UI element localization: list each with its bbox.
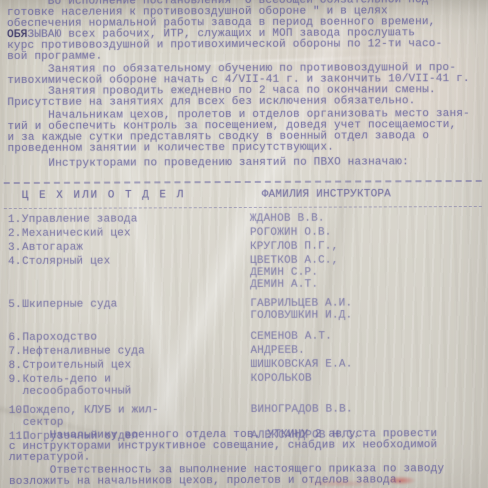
instructor-name: АНДРЕЕВ. [250,345,304,357]
table-row: 6.ПароходствоСЕМЕНОВ А.Т. [0,330,488,344]
row-number: 4. [0,256,22,268]
row-number: 1. [0,214,22,226]
department-name: Механический цех [22,227,250,240]
row-number: 7. [0,346,22,358]
instructor-name: КОРОЛЬКОВ [251,373,312,385]
department-name: Пароходство [22,331,250,344]
instructor-name: СЕМЕНОВ А.Т. [250,331,332,343]
row-number: 10. [1,405,23,417]
document-text-layer: Во исполнение постановления "О всеобщей … [0,0,488,488]
table-row: 1.Управление заводаЖДАНОВ В.В. [0,212,488,226]
red-ink-mark [386,476,416,485]
instructor-name: КРУГЛОВ П.Г., [250,241,338,253]
instructor-name: ГАВРИЛЬЦЕВ А.И. ГОЛОВУШКИН И.Д. [250,298,352,322]
department-name: Автогараж [22,241,250,254]
department-name: Пождепо, КЛУБ и жил- сектор [23,404,251,429]
military-dept-paragraph: Начальнику военного отдела тов. УТКИНУ 2… [9,429,487,464]
table-row: 7.Нефтеналивные судаАНДРЕЕВ. [0,344,488,358]
department-name: Строительный цех [23,359,251,372]
department-name: Котель-депо и лесообработочный [23,373,251,398]
row-number: 9. [1,374,23,386]
supervisors-duties-paragraph: Начальникам цехов, пролетов и отделов ор… [7,109,485,155]
department-name: Управление завода [22,213,250,226]
instructor-table-header: Ц Е Х ИЛИ О Т Д Е Л ФАМИЛИЯ ИНСТРУКТОРА [0,189,488,202]
table-row: 8.Строительный цехШИШКОВСКАЯ Е.А. [1,358,488,372]
table-row: 3.АвтогаражКРУГЛОВ П.Г., [0,240,488,254]
table-header-instructor: ФАМИЛИЯ ИНСТРУКТОРА [262,189,391,201]
typed-divider-under-header [4,206,482,209]
table-row: 10.Пождепо, КЛУБ и жил- секторВИНОГРАДОВ… [1,403,488,429]
intro-paragraph: Во исполнение постановления "О всеобщей … [7,0,485,63]
department-name: Столярный цех [22,255,250,268]
instructor-name: РОГОЖИН О.В. [250,227,332,239]
table-row: 4.Столярный цехЦВЕТКОВ А.С., ДЕМИН С.Р. … [0,254,488,292]
department-name: Шкиперные суда [22,298,250,311]
row-number: 5. [0,299,22,311]
red-ink-smudge [300,480,380,487]
row-number: 2. [0,228,22,240]
typed-divider-top [4,180,482,184]
row-number: 8. [1,360,23,372]
table-row: 5.Шкиперные судаГАВРИЛЬЦЕВ А.И. ГОЛОВУШК… [0,297,488,323]
instructor-name: ЦВЕТКОВ А.С., ДЕМИН С.Р. ДЕМИН А.Т. [250,255,339,291]
row-number: 6. [0,332,22,344]
obligate-overstrike: ОБЯ [7,30,27,41]
department-name: Нефтеналивные суда [22,345,250,358]
row-number: 3. [0,242,22,254]
instructor-table-rows: 1.Управление заводаЖДАНОВ В.В.2.Механиче… [0,212,488,445]
table-row: 9.Котель-депо и лесообработочныйКОРОЛЬКО… [1,372,488,398]
instructor-name: ЖДАНОВ В.В. [250,213,325,225]
instructor-name: ШИШКОВСКАЯ Е.А. [251,359,353,371]
table-row: 2.Механический цехРОГОЖИН О.В. [0,226,488,240]
instructor-name: ВИНОГРАДОВ В.В. [251,404,353,416]
table-header-department: Ц Е Х ИЛИ О Т Д Е Л [22,190,262,202]
training-schedule-paragraph: Занятия по обязательному обучению по про… [7,63,485,109]
instructors-intro-line: Инструкторами по проведению занятий по П… [8,157,486,170]
